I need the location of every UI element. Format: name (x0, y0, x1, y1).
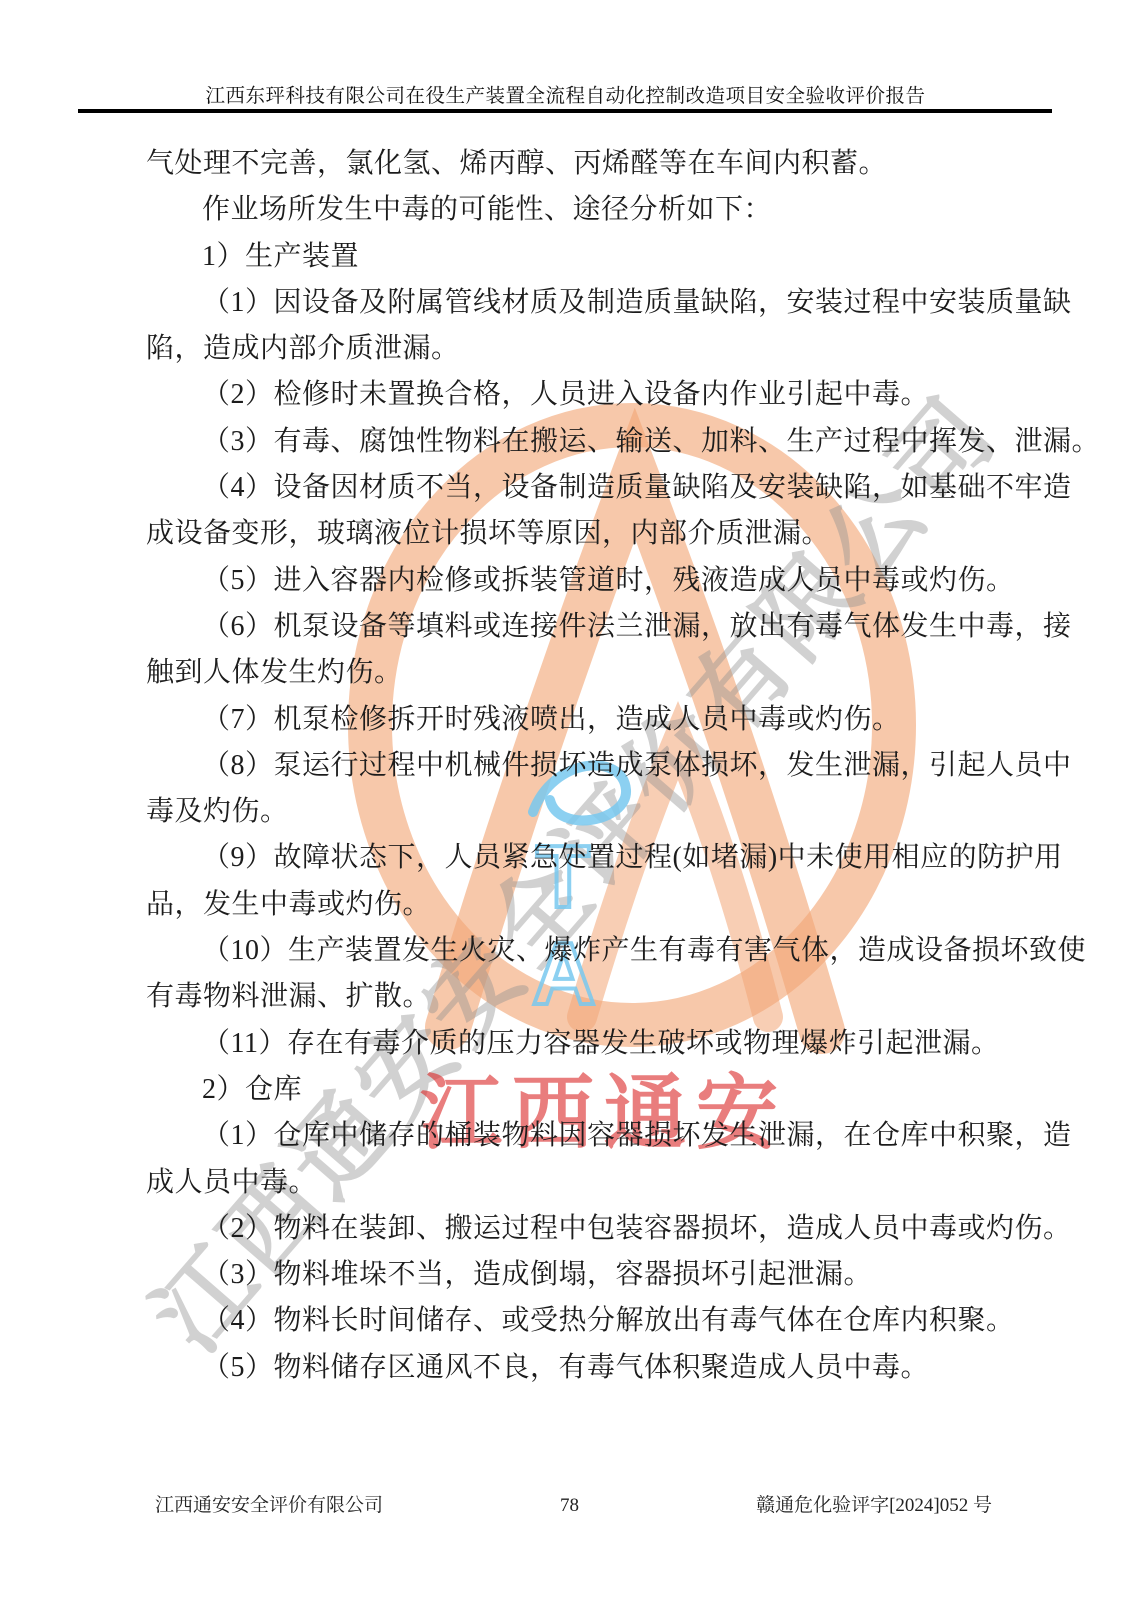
body-line: 成设备变形，玻璃液位计损坏等原因，内部介质泄漏。 (146, 511, 1026, 557)
body-line: （2）检修时未置换合格，人员进入设备内作业引起中毒。 (146, 372, 1026, 418)
body-line: （4）物料长时间储存、或受热分解放出有毒气体在仓库内积聚。 (146, 1298, 1026, 1344)
body-line: （4）设备因材质不当，设备制造质量缺陷及安装缺陷，如基础不牢造 (146, 465, 1026, 511)
footer-company: 江西通安安全评价有限公司 (155, 1490, 383, 1517)
body-line: （1）仓库中储存的桶装物料因容器损坏发生泄漏，在仓库中积聚，造 (146, 1113, 1026, 1159)
header-rule (78, 109, 1052, 113)
body-line: 成人员中毒。 (146, 1160, 1026, 1206)
body-line: （5）进入容器内检修或拆装管道时，残液造成人员中毒或灼伤。 (146, 558, 1026, 604)
footer-page-number: 78 (560, 1495, 579, 1517)
body-line: （5）物料储存区通风不良，有毒气体积聚造成人员中毒。 (146, 1345, 1026, 1391)
body-line: （7）机泵检修拆开时残液喷出，造成人员中毒或灼伤。 (146, 697, 1026, 743)
body-line: （6）机泵设备等填料或连接件法兰泄漏，放出有毒气体发生中毒，接 (146, 604, 1026, 650)
body-line: 有毒物料泄漏、扩散。 (146, 974, 1026, 1020)
footer-doc-number: 赣通危化验评字[2024]052 号 (756, 1490, 992, 1517)
body-line: （1）因设备及附属管线材质及制造质量缺陷，安装过程中安装质量缺 (146, 280, 1026, 326)
page-content: 江西东玶科技有限公司在役生产装置全流程自动化控制改造项目安全验收评价报告 气处理… (0, 0, 1131, 1600)
page-header-title: 江西东玶科技有限公司在役生产装置全流程自动化控制改造项目安全验收评价报告 (0, 80, 1131, 108)
body-line: （3）物料堆垛不当，造成倒塌，容器损坏引起泄漏。 (146, 1252, 1026, 1298)
body-line: 作业场所发生中毒的可能性、途径分析如下： (146, 187, 1026, 233)
body-line: 品，发生中毒或灼伤。 (146, 882, 1026, 928)
report-page: 江西通安安全评价有限公司 T A 江西通安 江西东玶科技有限公司在役生产装置全流… (0, 0, 1131, 1600)
body-line: （10）生产装置发生火灾、爆炸产生有毒有害气体，造成设备损坏致使 (146, 928, 1026, 974)
body-text: 气处理不完善，氯化氢、烯丙醇、丙烯醛等在车间内积蓄。作业场所发生中毒的可能性、途… (146, 141, 1026, 1391)
body-line: 1）生产装置 (146, 234, 1026, 280)
body-line: 触到人体发生灼伤。 (146, 650, 1026, 696)
body-line: 2）仓库 (146, 1067, 1026, 1113)
body-line: 陷，造成内部介质泄漏。 (146, 326, 1026, 372)
body-line: （8）泵运行过程中机械件损坏造成泵体损坏，发生泄漏，引起人员中 (146, 743, 1026, 789)
page-footer: 江西通安安全评价有限公司 78 赣通危化验评字[2024]052 号 (155, 1490, 992, 1517)
body-line: （2）物料在装卸、搬运过程中包装容器损坏，造成人员中毒或灼伤。 (146, 1206, 1026, 1252)
body-line: （3）有毒、腐蚀性物料在搬运、输送、加料、生产过程中挥发、泄漏。 (146, 419, 1026, 465)
body-line: （11）存在有毒介质的压力容器发生破坏或物理爆炸引起泄漏。 (146, 1021, 1026, 1067)
body-line: 气处理不完善，氯化氢、烯丙醇、丙烯醛等在车间内积蓄。 (146, 141, 1026, 187)
body-line: 毒及灼伤。 (146, 789, 1026, 835)
body-line: （9）故障状态下，人员紧急处置过程(如堵漏)中未使用相应的防护用 (146, 835, 1026, 881)
